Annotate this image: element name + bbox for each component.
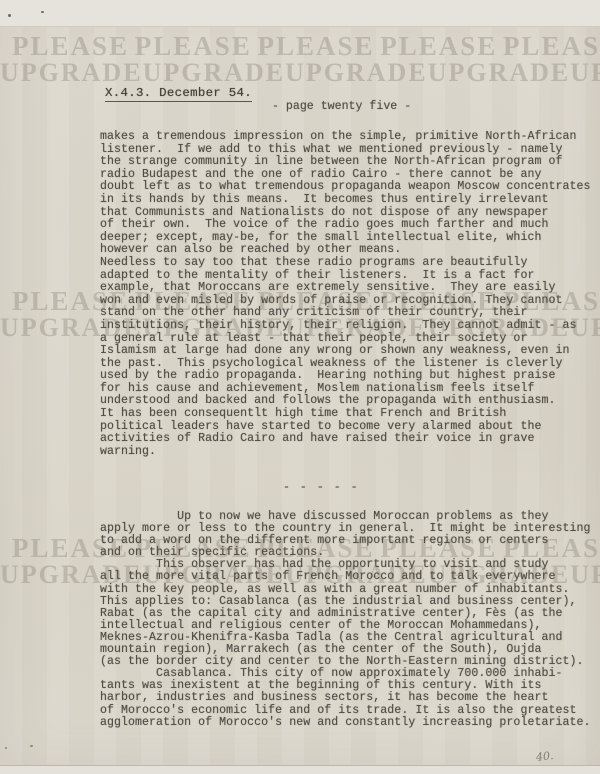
scanned-document-page: PLEASEPLEASEPLEASEPLEASEPLEASE UPGRADEUP…	[0, 0, 600, 774]
typed-text-line: all the more vital parts of French Moroc…	[100, 571, 600, 583]
watermark-word: PLEASE	[503, 31, 600, 62]
body-section-2: Up to now we have discussed Moroccan pro…	[100, 511, 600, 729]
page-number-label: - page twenty five -	[272, 100, 411, 113]
scan-edge-top	[0, 0, 600, 27]
watermark-word: UPGRADE	[143, 58, 286, 88]
typed-text-line: It has been consequentlt high time that …	[100, 408, 600, 421]
typed-text-line: agglomeration of Morocco's new and const…	[100, 717, 600, 729]
typed-text-line: harbor, industries and business sectors,…	[100, 692, 600, 704]
watermark-word: UPGRADE	[0, 58, 143, 88]
paper-speck	[8, 14, 11, 17]
typed-text-line: of their own. The voice of the radio goe…	[100, 219, 600, 232]
typed-text-line: in its hands by this means. It becomes t…	[100, 194, 600, 207]
document-reference-header: X.4.3. December 54.	[105, 86, 252, 102]
scan-edge-bottom	[0, 765, 600, 774]
watermark-please-row-1: PLEASEPLEASEPLEASEPLEASEPLEASE	[12, 31, 600, 62]
typed-text-line: makes a tremendous impression on the sim…	[100, 131, 600, 144]
typed-text-line: activities of Radio Cairo and have raise…	[100, 433, 600, 446]
typed-text-line: with the key people, as well as with a g…	[100, 584, 600, 596]
typed-text-line: example, that Moroccans are extremely se…	[100, 282, 600, 295]
typed-text-line: warning.	[100, 446, 600, 459]
watermark-word: UPGRADE	[428, 58, 571, 88]
paper-speck	[30, 745, 33, 747]
watermark-word: UPGRADE	[285, 58, 428, 88]
typed-text-line: Islamism at large had done any wrong or …	[100, 345, 600, 358]
typed-text-line: Needless to say too that these radio pro…	[100, 257, 600, 270]
pencil-page-number: 40.	[535, 749, 554, 764]
body-section-1: makes a tremendous impression on the sim…	[100, 131, 600, 458]
typed-text-line: This applies to: Casablanca (as the indu…	[100, 596, 600, 608]
watermark-word: PLEASE	[12, 31, 129, 62]
watermark-word: UPGRADE	[570, 58, 600, 88]
typed-text-line: of Morocco's economic life and of its tr…	[100, 705, 600, 717]
watermark-word: PLEASE	[135, 31, 252, 62]
typed-text-line: used by the radio propaganda. Hearing no…	[100, 370, 600, 383]
typed-text-line: institutions, their history, their relig…	[100, 320, 600, 333]
typed-text-line: the strange community in line between th…	[100, 156, 600, 169]
paper-speck	[41, 11, 44, 13]
watermark-word: PLEASE	[257, 31, 374, 62]
watermark-word: PLEASE	[380, 31, 497, 62]
section-divider: - - - - -	[283, 481, 359, 494]
watermark-upgrade-row-1: UPGRADEUPGRADEUPGRADEUPGRADEUPGRADE	[0, 58, 600, 88]
paper-speck	[5, 747, 7, 749]
